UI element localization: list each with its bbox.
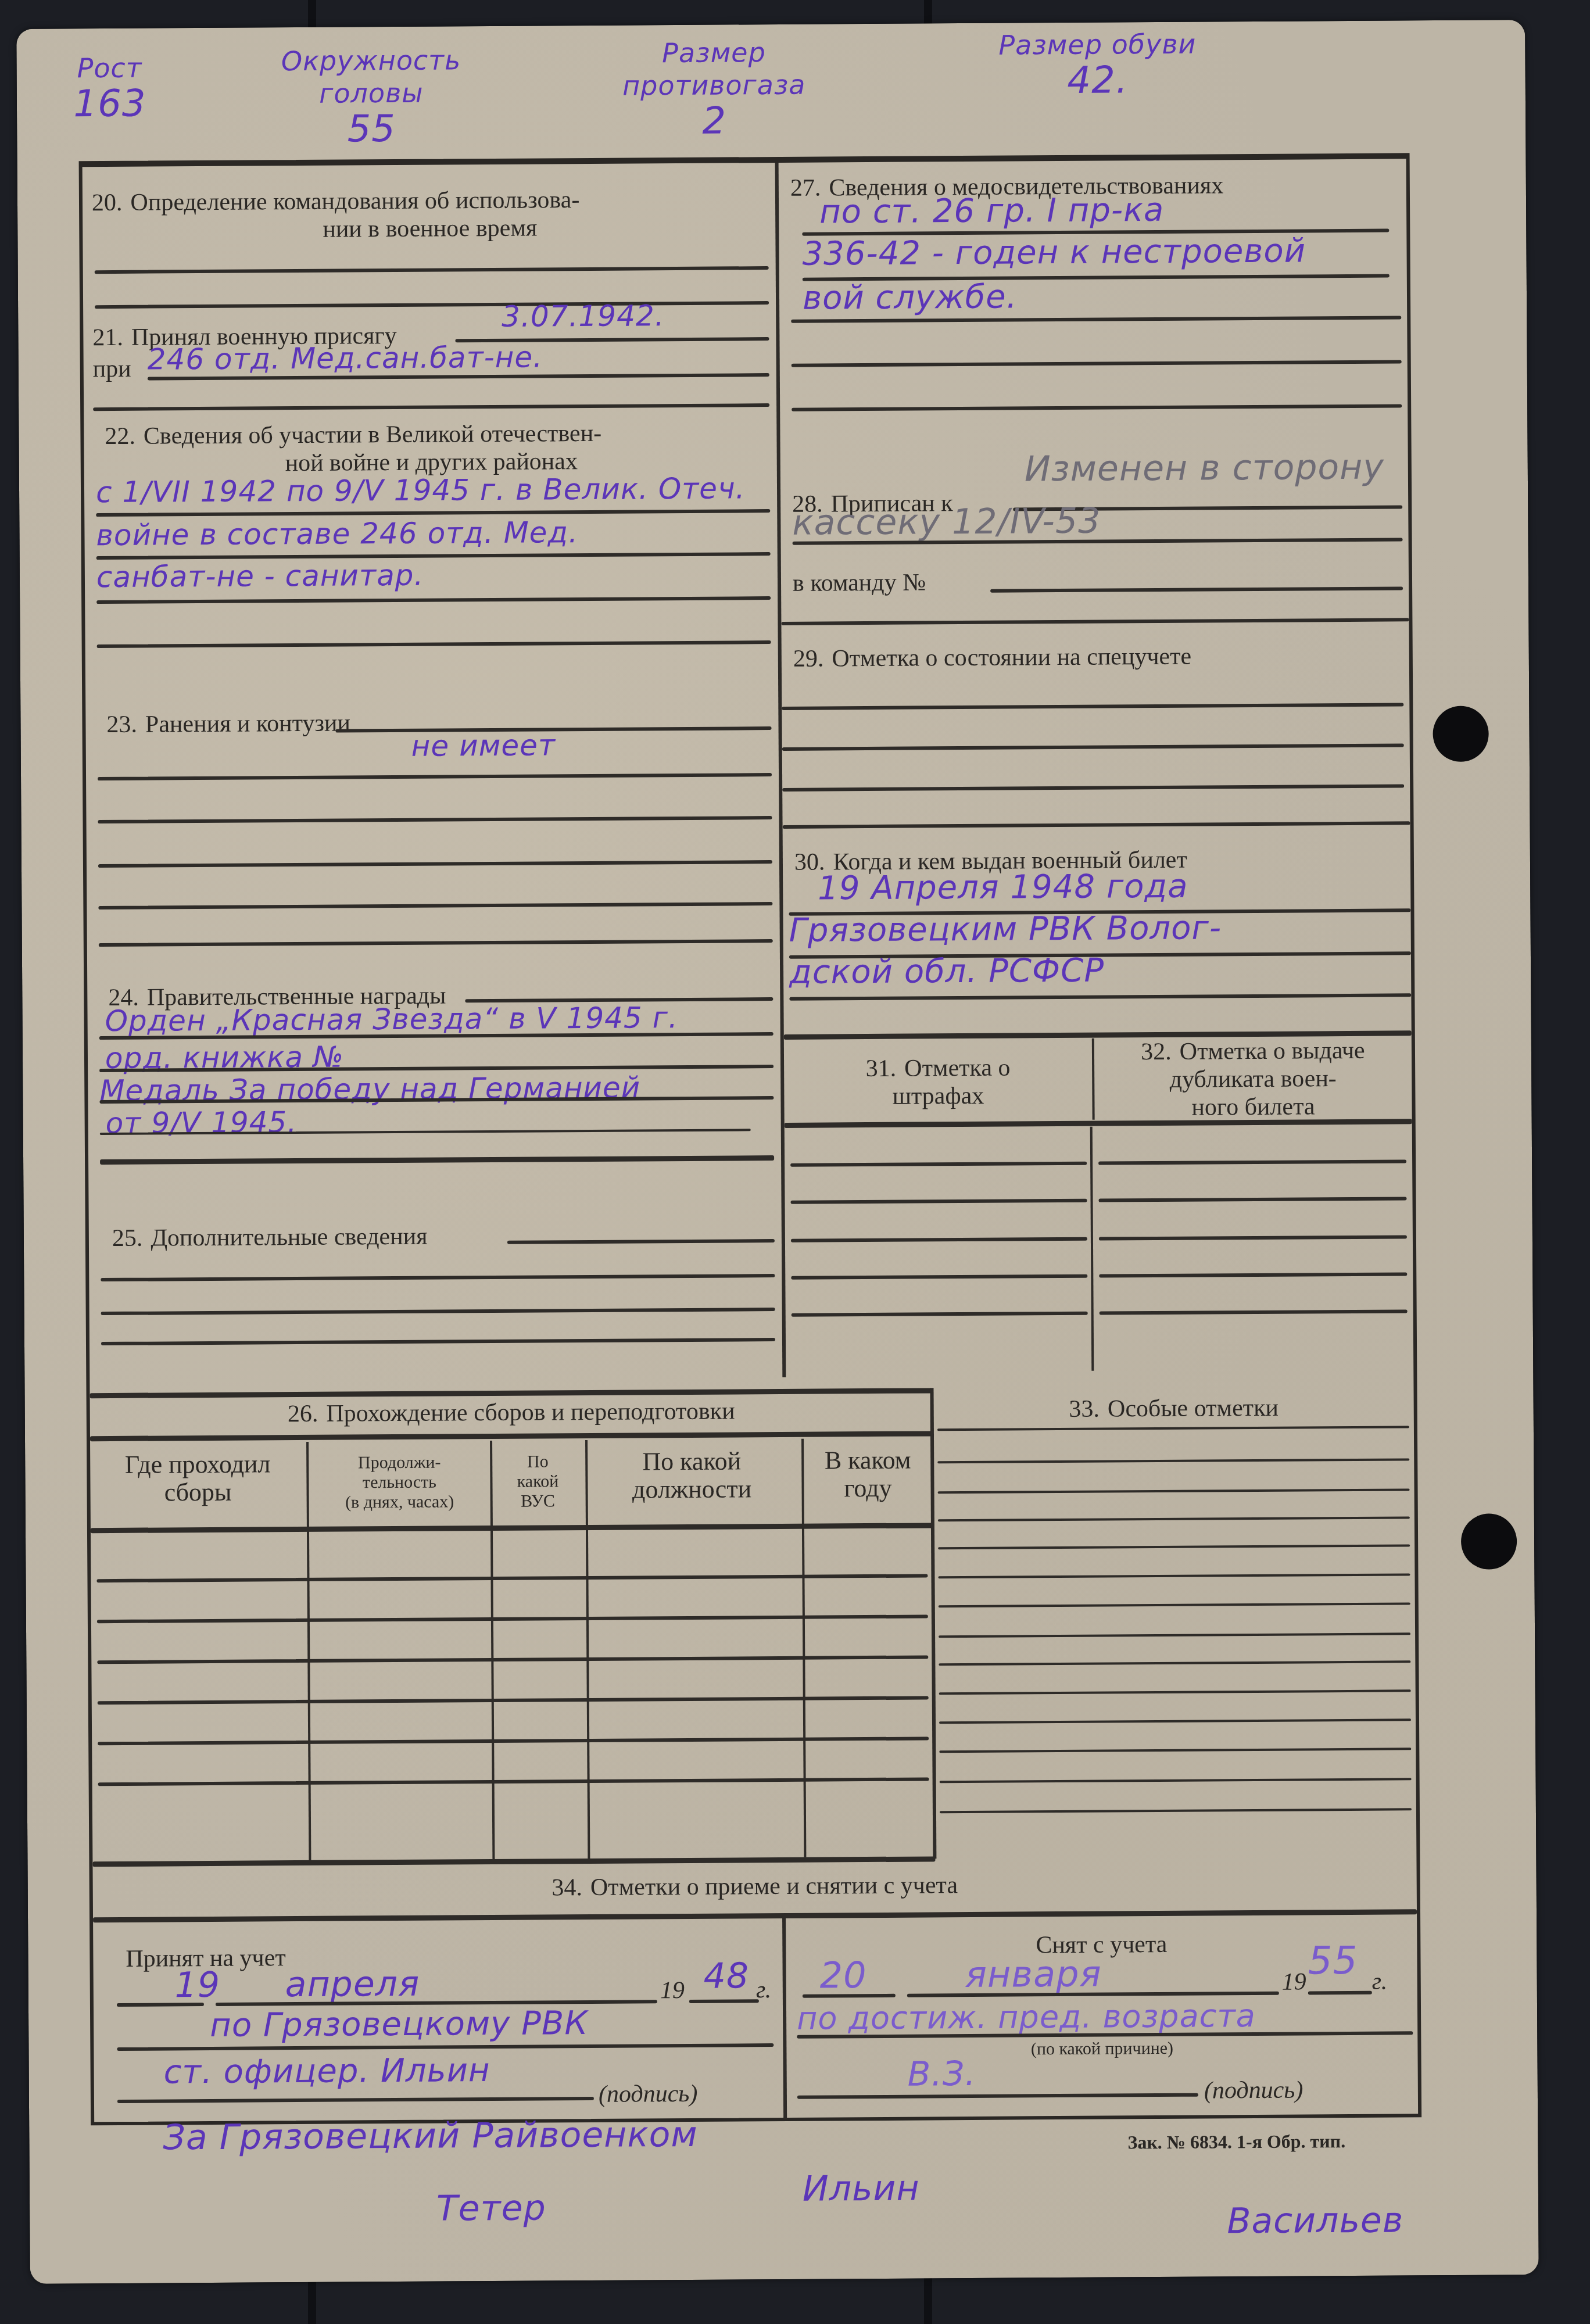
accepted-month: апреля xyxy=(285,1967,420,2002)
top-measurements: Рост 163 Окружность головы 55 Размер про… xyxy=(16,20,1525,157)
section-23: 23.Ранения и контузии не имеет xyxy=(85,680,782,963)
accepted-signer: ст. офицер. Ильин xyxy=(163,2053,490,2090)
military-id-issued-line-2: Грязовецким РВК Волог- xyxy=(789,911,1222,948)
removed-day: 20 xyxy=(819,1958,866,1993)
oath-unit: 246 отд. Мед.сан.бат-не. xyxy=(147,339,543,377)
section-33: 33.Особые отметки xyxy=(933,1385,1416,1864)
record-card: Рост 163 Окружность головы 55 Размер про… xyxy=(16,20,1539,2284)
award-line-4: от 9/V 1945. xyxy=(105,1105,297,1141)
footer-commissariat-line: За Грязовецкий Райвоенком xyxy=(163,2117,698,2155)
section-21: 21.Принял военную присягу 3.07.1942. при… xyxy=(83,308,778,417)
military-id-issued-line-1: 19 Апреля 1948 года xyxy=(818,869,1188,907)
section-31-header: 31.Отметка о штрафах xyxy=(784,1054,1093,1111)
writing-line xyxy=(95,301,769,309)
signature-3: Васильев xyxy=(1227,2200,1403,2241)
signature-1: Тетер xyxy=(436,2187,546,2229)
col-header-duration: Продолжи-тельность(в днях, часах) xyxy=(307,1452,492,1513)
signature-2: Ильин xyxy=(803,2168,920,2210)
ww2-participation-line-1: с 1/VII 1942 по 9/V 1945 г. в Велик. Оте… xyxy=(96,471,746,510)
medical-line-2: 336-42 - годен к нестроевой xyxy=(802,234,1306,271)
shoe-size-note: Размер обуви 42. xyxy=(981,27,1214,97)
assigned-to-pencil-1: Изменен в сторону xyxy=(1025,450,1384,487)
section-34: 34.Отметки о приеме и снятии с учета При… xyxy=(92,1856,1418,2125)
section-30: 30.Когда и кем выдан военный билет 19 Ап… xyxy=(783,821,1412,1011)
military-id-issued-line-3: дской обл. РСФСР xyxy=(789,954,1104,990)
section-27: 27.Сведения о медосвидетельствованиях по… xyxy=(779,164,1408,447)
oath-date: 3.07.1942. xyxy=(502,298,665,334)
right-column: 27.Сведения о медосвидетельствованиях по… xyxy=(779,159,1414,1377)
height-note: Рост 163 xyxy=(57,51,162,120)
section-25: 25.Дополнительные сведения xyxy=(89,1209,785,1381)
punch-hole xyxy=(1461,1513,1517,1570)
section-34-title: 34.Отметки о приеме и снятии с учета xyxy=(93,1868,1417,1904)
accepted-day: 19 xyxy=(175,1968,221,2003)
wounds-value: не имеет xyxy=(411,728,556,764)
col-header-location: Где проходилсборы xyxy=(90,1450,306,1507)
col-header-year: В какомгоду xyxy=(803,1446,933,1502)
section-28: 28.Приписан к Изменен в сторону кассеку … xyxy=(780,443,1409,622)
section-29: 29.Отметка о состоянии на спецучете xyxy=(781,618,1410,808)
punch-hole xyxy=(1433,706,1489,762)
col-header-vus: ПокакойВУС xyxy=(491,1452,585,1512)
ww2-participation-line-3: санбат-не - санитар. xyxy=(96,558,424,595)
section-26-title: 26.Прохождение сборов и переподготовки xyxy=(90,1396,933,1429)
form-frame: 20.Определение командования об использов… xyxy=(79,153,1422,2125)
assigned-to-pencil-2: кассеку 12/IV-53 xyxy=(792,504,1101,540)
removed-signature: В.З. xyxy=(908,2056,976,2092)
head-size-note: Окружность головы 55 xyxy=(266,44,476,146)
accepted-by: по Грязовецкому РВК xyxy=(210,2006,588,2043)
removed-month: января xyxy=(965,1957,1101,1992)
section-31-32: 31.Отметка о штрафах 32.Отметка о выдаче… xyxy=(784,1030,1414,1377)
medical-line-1: по ст. 26 гр. I пр-ка xyxy=(819,193,1164,230)
medical-line-3: вой службе. xyxy=(803,280,1018,316)
section-number: 20. xyxy=(92,189,123,216)
section-22: 22.Сведения об участии в Великой отечест… xyxy=(84,413,780,661)
print-imprint: Зак. № 6834. 1-я Обр. тип. xyxy=(1127,2130,1345,2153)
section-26: 26.Прохождение сборов и переподготовки Г… xyxy=(90,1388,936,1870)
accepted-year: 48 xyxy=(703,1958,749,1993)
removed-reason: по достиж. пред. возраста xyxy=(797,1999,1256,2036)
left-column: 20.Определение командования об использов… xyxy=(83,163,785,1381)
gas-mask-size-note: Размер противогаза 2 xyxy=(609,36,819,138)
writing-line xyxy=(95,266,769,274)
section-32-header: 32.Отметка о выдаче дубликата воен- ного… xyxy=(1094,1036,1412,1122)
col-header-position: По какойдолжности xyxy=(584,1447,800,1504)
section-24: 24.Правительственные награды Орден „Крас… xyxy=(87,976,783,1213)
removed-year: 55 xyxy=(1308,1943,1358,1979)
ww2-participation-line-2: войне в составе 246 отд. Мед. xyxy=(96,515,578,553)
